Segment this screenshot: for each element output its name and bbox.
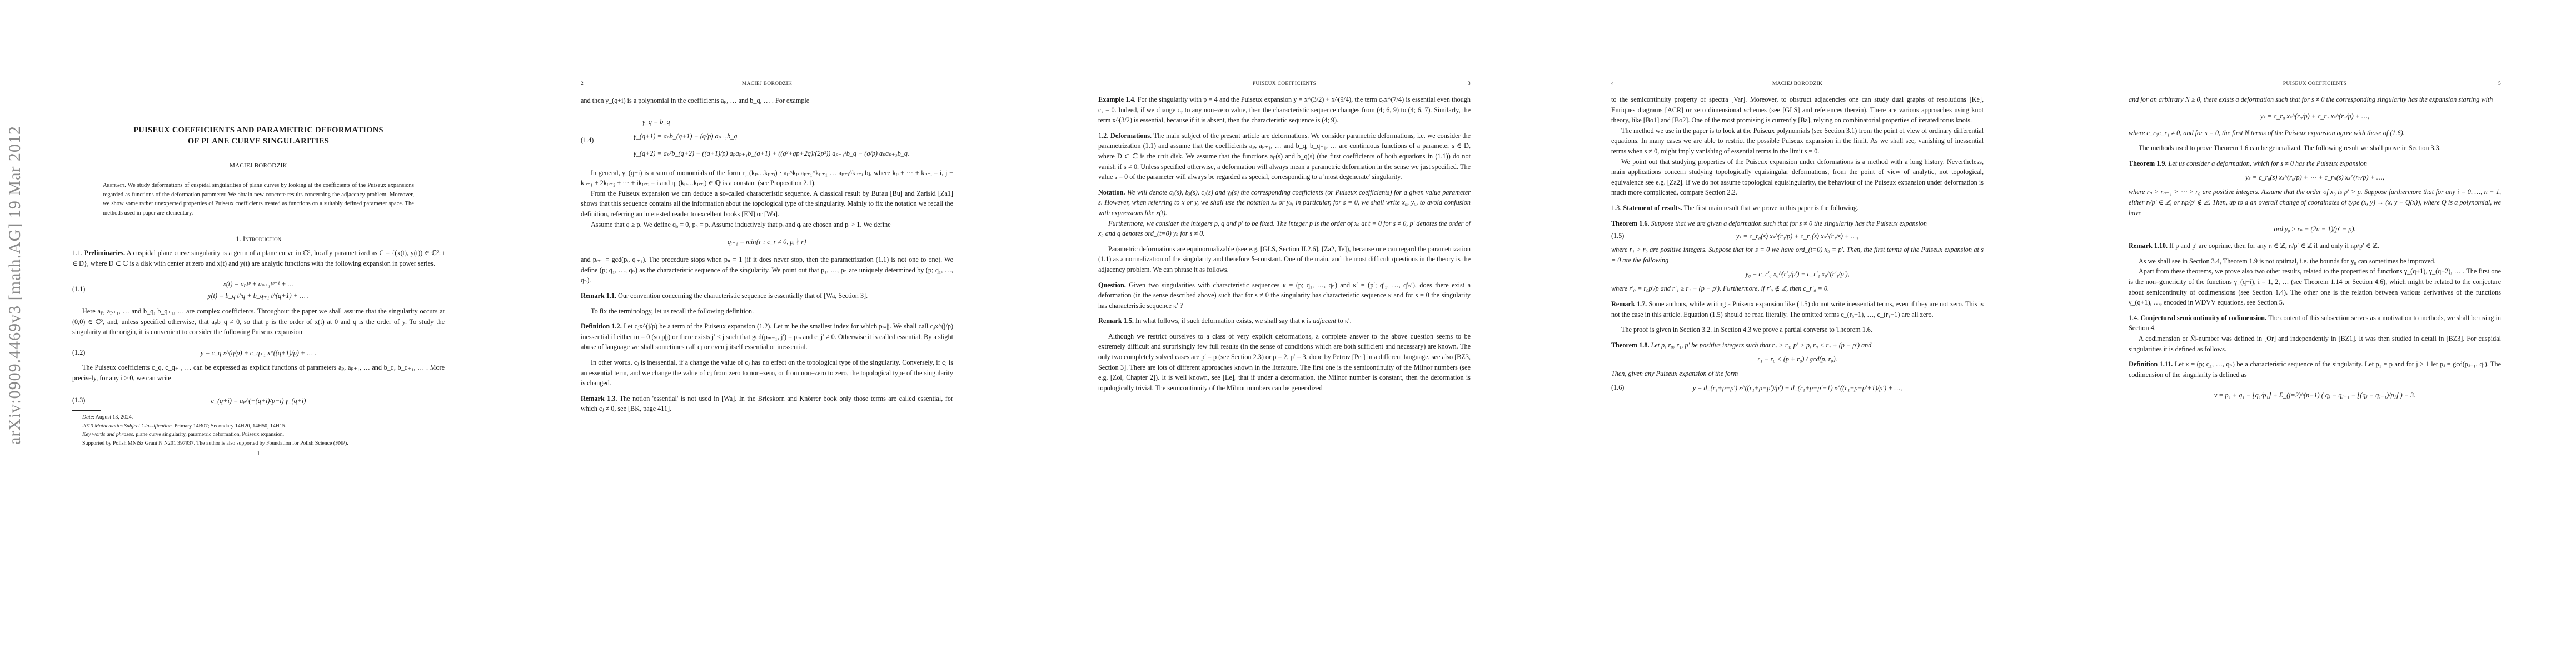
subsection-title: Deformations. — [1110, 132, 1152, 140]
equation-line: yₛ = c_r₀ xₛ^(r₀/p) + c_r₁ xₛ^(r₁/p) + …… — [2129, 111, 2501, 122]
equation-codimension: ν = p₁ + q₁ − ⌊q₁/p₁⌋ + Σ_(j=2)^(n−1) ( … — [2129, 390, 2501, 401]
page-5: PUISEUX COEFFICIENTS 5 and for an arbitr… — [2061, 0, 2576, 667]
theorem-1-6: Theorem 1.6. Suppose that we are given a… — [1611, 218, 1984, 229]
equation-number: (1.4) — [581, 135, 594, 146]
theorem-text: where rₙ > rₙ₋₁ > ⋯ > r₀ are positive in… — [2129, 187, 2501, 218]
paragraph: The proof is given in Section 3.2. In Se… — [1611, 325, 1984, 335]
paragraph: In general, γ_(q+i) is a sum of monomial… — [581, 168, 953, 188]
paragraph: Parametric deformations are equinormaliz… — [1098, 244, 1471, 275]
definition-label: Definition 1.2. — [581, 322, 622, 330]
theorem-text: where r₁ > r₀ are positive integers. Sup… — [1611, 245, 1984, 265]
remark-label: Remark 1.7. — [1611, 300, 1647, 308]
equation-line: qᵢ₊₁ = min{r : c_r ≠ 0, pᵢ ∤ r} — [581, 236, 953, 248]
equation-y0: y₀ = c_r′₀ x₀^(r′₀/p′) + c_r′₁ x₀^(r′₁/p… — [1611, 268, 1984, 280]
equation-line: ord y₀ ≥ rₙ − (2n − 1)(p′ − p). — [2129, 223, 2501, 235]
subsection-title: Conjectural semicontinuity of codimensio… — [2140, 314, 2266, 322]
paragraph: and pᵢ₊₁ = gcd(pᵢ, qᵢ₊₁). The procedure … — [581, 255, 953, 286]
remark-1-3: Remark 1.3. The notion 'essential' is no… — [581, 394, 953, 414]
equation-1-1: (1.1) x(t) = aₚtᵖ + aₚ₊₁tᵖ⁺¹ + … y(t) = … — [72, 278, 445, 302]
running-head: PUISEUX COEFFICIENTS 3 — [1098, 81, 1471, 89]
paragraph: Here aₚ, aₚ₊₁, … and b_q, b_q₊₁, … are c… — [72, 306, 445, 337]
subsection-title: Preliminaries. — [84, 249, 125, 257]
equation-line: r₁ − r₀ < (p + r₀) / gcd(p, r₀). — [1611, 354, 1984, 365]
page-number: 5 — [2498, 81, 2501, 87]
equation-line: γ_(q+2) = aₚ²b_(q+2) − ((q+1)/p) aₚaₚ₊₁b… — [634, 145, 953, 162]
page-5-column: PUISEUX COEFFICIENTS 5 and for an arbitr… — [2129, 81, 2501, 411]
running-head: PUISEUX COEFFICIENTS 5 — [2129, 81, 2501, 89]
equation-line: yₛ = c_r₀(s) xₛ^(r₀/p) + ⋯ + c_rₙ(s) xₛ^… — [2129, 172, 2501, 183]
theorem-text: Let p, r₀, r₁, p′ be positive integers s… — [1651, 341, 1872, 349]
section-heading-introduction: 1. Introduction — [72, 235, 445, 243]
remark-text: to κ′. — [1338, 317, 1351, 325]
remark-label: Remark 1.3. — [581, 395, 617, 402]
running-head: 4 MACIEJ BORODZIK — [1611, 81, 1984, 89]
question-label: Question. — [1098, 281, 1126, 289]
author-name: MACIEJ BORODZIK — [72, 162, 445, 169]
equation-number: (1.5) — [1611, 231, 1624, 241]
page-4-column: 4 MACIEJ BORODZIK to the semicontinuity … — [1611, 81, 1984, 397]
theorem-text: where c_r₀c_r₁ ≠ 0, and for s = 0, the f… — [2129, 128, 2501, 138]
theorem-text: Then, given any Puiseux expansion of the… — [1611, 369, 1984, 379]
remark-text: The notion 'essential' is not used in [W… — [581, 395, 953, 413]
arxiv-stamp-text: arXiv:0909.4469v3 [math.AG] 19 Mar 2012 — [6, 126, 24, 445]
equation-line: y₀ = c_r′₀ x₀^(r′₀/p′) + c_r′₁ x₀^(r′₁/p… — [1611, 268, 1984, 280]
remark-label: Remark 1.5. — [1098, 317, 1134, 325]
definition-text: Let κ = (p; q₁, …, qₙ) be a characterist… — [2129, 360, 2501, 379]
example-text: For the singularity with p = 4 and the P… — [1098, 96, 1471, 124]
theorem-label: Theorem 1.8. — [1611, 341, 1650, 349]
running-title: MACIEJ BORODZIK — [1611, 81, 1984, 87]
abstract-label: Abstract. — [103, 182, 126, 188]
equation-number: (1.2) — [72, 347, 85, 358]
equation-number: (1.1) — [72, 284, 85, 295]
remark-1-10: Remark 1.10. If p and p′ are coprime, th… — [2129, 241, 2501, 251]
equation-ord-y0: ord y₀ ≥ rₙ − (2n − 1)(p′ − p). — [2129, 223, 2501, 235]
paragraph: Furthermore, we consider the integers p,… — [1098, 218, 1471, 239]
equation-line: ν = p₁ + q₁ − ⌊q₁/p₁⌋ + Σ_(j=2)^(n−1) ( … — [2129, 390, 2501, 401]
remark-1-7: Remark 1.7. Some authors, while writing … — [1611, 299, 1984, 320]
question: Question. Given two singularities with c… — [1098, 280, 1471, 311]
page-2: 2 MACIEJ BORODZIK and then γ_(q+i) is a … — [515, 0, 1030, 667]
paragraph: The main subject of the present article … — [1098, 132, 1471, 181]
page-3: PUISEUX COEFFICIENTS 3 Example 1.4. For … — [1030, 0, 1546, 667]
subsection-deformations: 1.2. Deformations. The main subject of t… — [1098, 131, 1471, 182]
page-1: arXiv:0909.4469v3 [math.AG] 19 Mar 2012 … — [0, 0, 515, 667]
paragraph: The Puiseux coefficients c_q, c_q₊₁, … c… — [72, 362, 445, 383]
page-3-column: PUISEUX COEFFICIENTS 3 Example 1.4. For … — [1098, 81, 1471, 393]
abstract: Abstract. We study deformations of cuspi… — [103, 181, 414, 218]
theorem-1-9: Theorem 1.9. Let us consider a deformati… — [2129, 158, 2501, 169]
notation-label: Notation. — [1098, 188, 1125, 196]
footnote-text: : August 13, 2024. — [93, 414, 133, 420]
remark-text: In what follows, if such deformation exi… — [1135, 317, 1311, 325]
title-line-1: PUISEUX COEFFICIENTS AND PARAMETRIC DEFO… — [72, 125, 445, 136]
paragraph: The methods used to prove Theorem 1.6 ca… — [2129, 143, 2501, 153]
remark-term: adjacent — [1313, 317, 1336, 325]
footnote-label: 2010 Mathematics Subject Classification. — [82, 423, 173, 429]
equation-1-4: (1.4) γ_q = b_q γ_(q+1) = aₚb_(q+1) − (q… — [581, 116, 953, 162]
equation-line: c_(q+i) = aₚ^(−(q+i)/p−i) γ_(q+i) — [72, 395, 445, 407]
remark-text: Some authors, while writing a Puiseux ex… — [1611, 300, 1984, 318]
footnote-text: plane curve singularity, parametric defo… — [134, 431, 284, 437]
paragraph: A codimension or M̄-number was defined i… — [2129, 333, 2501, 354]
paragraph: and then γ_(q+i) is a polynomial in the … — [581, 96, 953, 106]
remark-text: Our convention concerning the characteri… — [618, 292, 868, 300]
footnote-rule — [72, 410, 101, 411]
paragraph: As we shall see in Section 3.4, Theorem … — [2129, 256, 2501, 267]
footnote-label: Key words and phrases. — [82, 431, 134, 437]
theorem-text: where r′₀ = r₀p′/p and r′₁ ≥ r₁ + (p − p… — [1611, 283, 1984, 294]
running-title: PUISEUX COEFFICIENTS — [2129, 81, 2501, 87]
equation-line: y = c_q x^(q/p) + c_q₊₁ x^((q+1)/p) + … … — [72, 347, 445, 359]
footnotes: Date: August 13, 2024. 2010 Mathematics … — [72, 413, 445, 447]
running-title: PUISEUX COEFFICIENTS — [1098, 81, 1471, 87]
equation-line: yₛ = c_r₀(s) xₛ^(r₀/p) + c_r₁(s) xₛ^(r₁/… — [1611, 231, 1984, 242]
definition-1-11: Definition 1.11. Let κ = (p; q₁, …, qₙ) … — [2129, 359, 2501, 380]
notation: Notation. We will denote aⱼ(s), bⱼ(s), c… — [1098, 187, 1471, 218]
running-head: 2 MACIEJ BORODZIK — [581, 81, 953, 89]
question-text: Given two singularities with characteris… — [1098, 281, 1471, 310]
equation-line: γ_q = b_q — [634, 116, 953, 128]
paragraph: Assume that q ≥ p. We define q₀ = 0, p₀ … — [581, 220, 953, 230]
definition-1-2: Definition 1.2. Let cⱼx^(j/p) be a term … — [581, 321, 953, 352]
subsection-number: 1.2. — [1098, 132, 1108, 140]
equation-1-6: (1.6) y = d_(r₁+p−p′) x^((r₁+p−p′)/p′) +… — [1611, 382, 1984, 394]
example-label: Example 1.4. — [1098, 96, 1136, 103]
equation-number: (1.3) — [72, 395, 85, 406]
footnote-text: Primary 14B07; Secondary 14H20, 14H50, 1… — [173, 423, 286, 429]
abstract-text: We study deformations of cuspidal singul… — [103, 182, 414, 216]
paragraph: The method we use in the paper is to loo… — [1611, 126, 1984, 157]
equation-line: y(t) = b_q t^q + b_q₊₁ t^(q+1) + … . — [72, 290, 445, 302]
paragraph: A cuspidal plane curve singularity is a … — [72, 249, 445, 267]
theorem-label: Theorem 1.6. — [1611, 220, 1650, 227]
paragraph: In other words, cⱼ is inessential, if a … — [581, 357, 953, 389]
theorem-label: Theorem 1.9. — [2129, 160, 2167, 167]
paragraph: The first main result that we prove in t… — [1684, 204, 1858, 212]
subsection-number: 1.4. — [2129, 314, 2139, 322]
equation-q-i-plus-1: qᵢ₊₁ = min{r : c_r ≠ 0, pᵢ ∤ r} — [581, 236, 953, 248]
notation-text: We will denote aⱼ(s), bⱼ(s), cⱼ(s) and γ… — [1098, 188, 1471, 217]
page-number: 3 — [1468, 81, 1471, 87]
remark-1-1: Remark 1.1. Our convention concerning th… — [581, 291, 953, 301]
running-title: MACIEJ BORODZIK — [581, 81, 953, 87]
subsection-number: 1.3. — [1611, 204, 1621, 212]
remark-label: Remark 1.1. — [581, 292, 616, 300]
subsection-conjectural-semicontinuity: 1.4. Conjectural semicontinuity of codim… — [2129, 313, 2501, 333]
equation-line: x(t) = aₚtᵖ + aₚ₊₁tᵖ⁺¹ + … — [72, 278, 445, 290]
remark-text: If p and p′ are coprime, then for any rᵢ… — [2169, 242, 2379, 250]
equation-number: (1.6) — [1611, 382, 1624, 393]
subsection-title: Statement of results. — [1623, 204, 1682, 212]
definition-text: Let cⱼx^(j/p) be a term of the Puiseux e… — [581, 322, 953, 351]
page-4: 4 MACIEJ BORODZIK to the semicontinuity … — [1546, 0, 2061, 667]
theorem-text: Let us consider a deformation, which for… — [2169, 160, 2367, 167]
equation-line: y = d_(r₁+p−p′) x^((r₁+p−p′)/p′) + d_(r₁… — [1611, 382, 1984, 394]
paragraph: To fix the terminology, let us recall th… — [581, 306, 953, 317]
page-number: 1 — [72, 451, 445, 457]
theorem-text: and for an arbitrary N ≥ 0, there exists… — [2129, 94, 2501, 105]
title-line-2: OF PLANE CURVE SINGULARITIES — [72, 136, 445, 147]
example-1-4: Example 1.4. For the singularity with p … — [1098, 94, 1471, 126]
page-1-column: PUISEUX COEFFICIENTS AND PARAMETRIC DEFO… — [72, 125, 445, 457]
equation-1-3: (1.3) c_(q+i) = aₚ^(−(q+i)/p−i) γ_(q+i) — [72, 395, 445, 407]
remark-label: Remark 1.10. — [2129, 242, 2168, 250]
equation-ys: yₛ = c_r₀ xₛ^(r₀/p) + c_r₁ xₛ^(r₁/p) + …… — [2129, 111, 2501, 122]
paragraph: Although we restrict ourselves to a clas… — [1098, 331, 1471, 394]
theorem-1-8: Theorem 1.8. Let p, r₀, r₁, p′ be positi… — [1611, 340, 1984, 351]
remark-1-5: Remark 1.5. In what follows, if such def… — [1098, 316, 1471, 326]
paragraph: Apart from these theorems, we prove also… — [2129, 266, 2501, 307]
arxiv-stamp: arXiv:0909.4469v3 [math.AG] 19 Mar 2012 — [4, 67, 27, 445]
equation-line: γ_(q+1) = aₚb_(q+1) − (q/p) aₚ₊₁b_q — [634, 128, 953, 145]
document-viewer: arXiv:0909.4469v3 [math.AG] 19 Mar 2012 … — [0, 0, 2576, 667]
footnote-label: Date — [82, 414, 93, 420]
subsection-preliminaries: 1.1. Preliminaries. A cuspidal plane cur… — [72, 248, 445, 268]
footnote-text: Supported by Polish MNiSz Grant N N201 3… — [82, 440, 348, 446]
equation-1-2: (1.2) y = c_q x^(q/p) + c_q₊₁ x^((q+1)/p… — [72, 347, 445, 359]
paragraph: From the Puiseux expansion we can deduce… — [581, 188, 953, 220]
subsection-statement-of-results: 1.3. Statement of results. The first mai… — [1611, 203, 1984, 213]
definition-label: Definition 1.11. — [2129, 360, 2173, 368]
equation-theorem-1-8: r₁ − r₀ < (p + r₀) / gcd(p, r₀). — [1611, 354, 1984, 365]
equation-theorem-1-9: yₛ = c_r₀(s) xₛ^(r₀/p) + ⋯ + c_rₙ(s) xₛ^… — [2129, 172, 2501, 183]
paragraph: to the semicontinuity property of spectr… — [1611, 94, 1984, 126]
paragraph: We point out that studying properties of… — [1611, 157, 1984, 198]
equation-1-5: (1.5) yₛ = c_r₀(s) xₛ^(r₀/p) + c_r₁(s) x… — [1611, 231, 1984, 242]
paper-title: PUISEUX COEFFICIENTS AND PARAMETRIC DEFO… — [72, 125, 445, 147]
subsection-number: 1.1. — [72, 249, 82, 257]
theorem-text: Suppose that we are given a deformation … — [1651, 220, 1927, 227]
page-2-column: 2 MACIEJ BORODZIK and then γ_(q+i) is a … — [581, 81, 953, 414]
